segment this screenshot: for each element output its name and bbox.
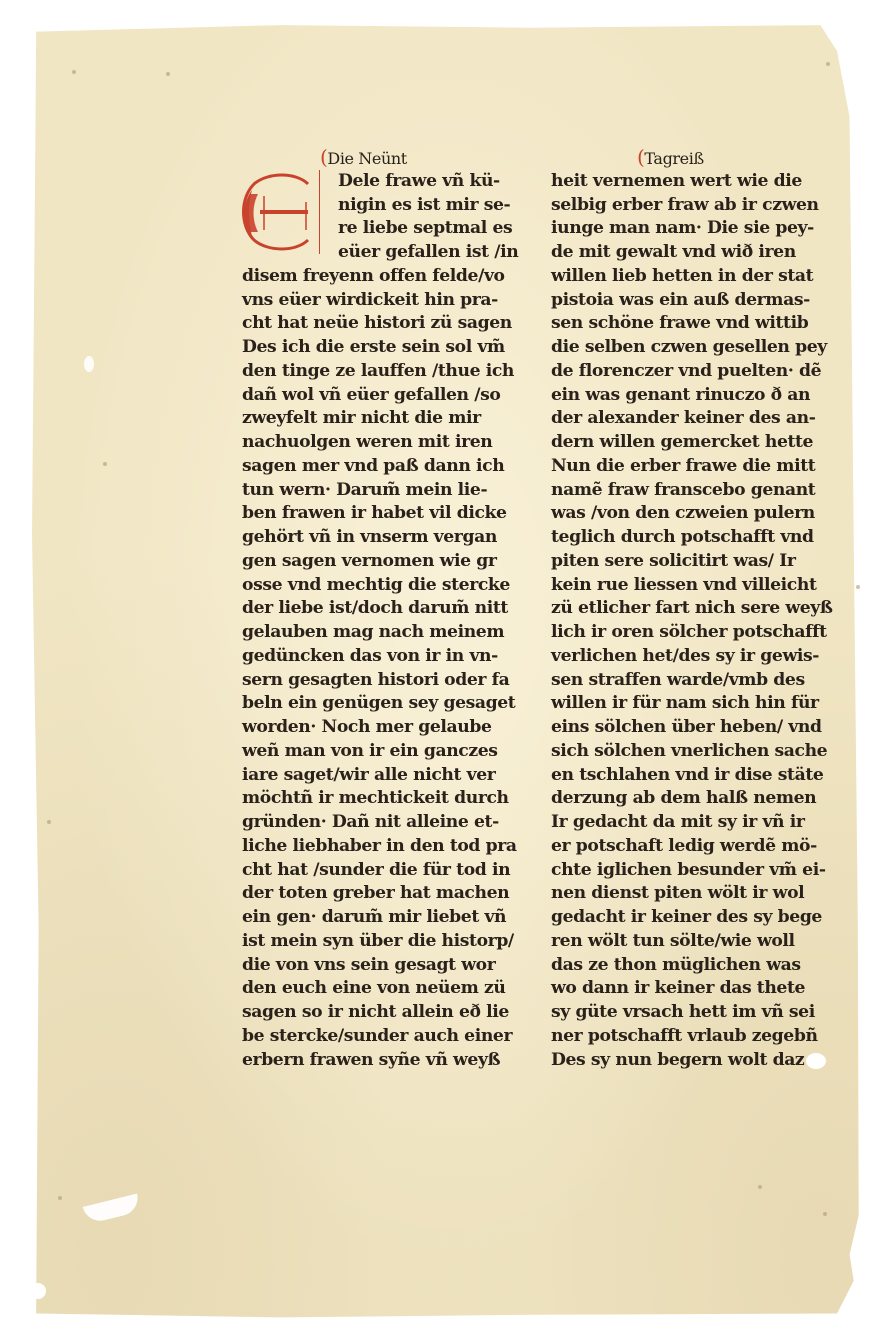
paper-speck — [47, 820, 51, 824]
text-line: eins sölchen über heben/ vnd — [551, 716, 831, 740]
text-line: ner potschafft vrlaub zegebñ — [551, 1025, 831, 1049]
text-line: eüer gefallen ist /in — [242, 241, 532, 265]
paper-hole — [30, 1283, 46, 1299]
text-line: wo dann ir keiner das thete — [551, 977, 831, 1001]
text-line: der toten greber hat machen — [242, 882, 532, 906]
text-line: sy güte vrsach hett im vñ sei — [551, 1001, 831, 1025]
text-line: der alexander keiner des an- — [551, 407, 831, 431]
text-line: osse vnd mechtig die stercke — [242, 574, 532, 598]
paper-speck — [103, 462, 107, 466]
text-line: gedüncken das von ir in vn- — [242, 645, 532, 669]
text-line: derzung ab dem halß nemen — [551, 787, 831, 811]
text-line: tun wern· Darum̃ mein lie- — [242, 479, 532, 503]
paper-hole — [84, 356, 94, 372]
running-head-text: Die Neünt — [327, 149, 406, 168]
text-line: de florenczer vnd puelten· dẽ — [551, 360, 831, 384]
text-line: selbig erber fraw ab ir czwen — [551, 194, 831, 218]
text-line: nigin es ist mir se- — [242, 194, 532, 218]
text-line: be stercke/sunder auch einer — [242, 1025, 532, 1049]
text-line: Des sy nun begern wolt daz — [551, 1049, 831, 1073]
text-line: ist mein syn über die historp/ — [242, 930, 532, 954]
text-line: cht hat neüe histori zü sagen — [242, 312, 532, 336]
text-line: pistoia was ein auß dermas- — [551, 289, 831, 313]
text-line: chte iglichen besunder vm̃ ei- — [551, 859, 831, 883]
running-head-right: (Tagreiß — [551, 146, 831, 170]
text-line: dern willen gemercket hette — [551, 431, 831, 455]
text-line: beln ein genügen sey gesaget — [242, 692, 532, 716]
text-line: gelauben mag nach meinem — [242, 621, 532, 645]
text-line: gen sagen vernomen wie gr — [242, 550, 532, 574]
paper-speck — [823, 1212, 827, 1216]
text-line: nen dienst piten wölt ir wol — [551, 882, 831, 906]
text-line: re liebe septmal es — [242, 217, 532, 241]
text-line: sen straffen warde/vmb des — [551, 669, 831, 693]
text-line: sern gesagten histori oder fa — [242, 669, 532, 693]
text-line: das ze thon müglichen was — [551, 954, 831, 978]
paper-speck — [758, 1185, 762, 1189]
text-line: teglich durch potschafft vnd — [551, 526, 831, 550]
text-line: en tschlahen vnd ir dise stäte — [551, 764, 831, 788]
text-line: willen ir für nam sich hin für — [551, 692, 831, 716]
text-line: iunge man nam· Die sie pey- — [551, 217, 831, 241]
text-line: die selben czwen gesellen pey — [551, 336, 831, 360]
text-line: Des ich die erste sein sol vm̃ — [242, 336, 532, 360]
text-line: er potschaft ledig werdẽ mö- — [551, 835, 831, 859]
text-line: heit vernemen wert wie die — [551, 170, 831, 194]
text-line: den euch eine von neüem zü — [242, 977, 532, 1001]
running-head-text: Tagreiß — [644, 149, 703, 168]
text-line: lich ir oren sölcher potschafft — [551, 621, 831, 645]
text-line: sen schöne frawe vnd wittib — [551, 312, 831, 336]
text-line: namẽ fraw franscebo genant — [551, 479, 831, 503]
text-line: ben frawen ir habet vil dicke — [242, 502, 532, 526]
paper-speck — [72, 70, 76, 74]
text-line: zweyfelt mir nicht die mir — [242, 407, 532, 431]
text-line: liche liebhaber in den tod pra — [242, 835, 532, 859]
text-line: möchtñ ir mechtickeit durch — [242, 787, 532, 811]
text-line: worden· Noch mer gelaube — [242, 716, 532, 740]
text-line: verlichen het/des sy ir gewis- — [551, 645, 831, 669]
text-line: die von vns sein gesagt wor — [242, 954, 532, 978]
text-line: der liebe ist/doch darum̃ nitt — [242, 597, 532, 621]
text-line: disem freyenn offen felde/vo — [242, 265, 532, 289]
paper-speck — [58, 1196, 62, 1200]
text-line: piten sere solicitirt was/ Ir — [551, 550, 831, 574]
text-line: nachuolgen weren mit iren — [242, 431, 532, 455]
text-line: Nun die erber frawe die mitt — [551, 455, 831, 479]
text-line: Ir gedacht da mit sy ir vñ ir — [551, 811, 831, 835]
right-text-column: (Tagreiß heit vernemen wert wie die selb… — [551, 146, 831, 1072]
text-line: dañ wol vñ eüer gefallen /so — [242, 384, 532, 408]
text-line: gedacht ir keiner des sy bege — [551, 906, 831, 930]
text-line: kein rue liessen vnd villeicht — [551, 574, 831, 598]
paper-speck — [826, 62, 830, 66]
text-line: ein was genant rinuczo ð an — [551, 384, 831, 408]
paper-speck — [166, 72, 170, 76]
text-line: gehört vñ in vnserm vergan — [242, 526, 532, 550]
text-line: den tinge ze lauffen /thue ich — [242, 360, 532, 384]
text-line: Dele frawe vñ kü- — [242, 170, 532, 194]
text-line: iare saget/wir alle nicht ver — [242, 764, 532, 788]
text-line: ein gen· darum̃ mir liebet vñ — [242, 906, 532, 930]
paper-speck — [856, 585, 860, 589]
text-line: sagen so ir nicht allein eð lie — [242, 1001, 532, 1025]
text-line: zü etlicher fart nich sere weyß — [551, 597, 831, 621]
text-line: gründen· Dañ nit alleine et- — [242, 811, 532, 835]
text-line: weñ man von ir ein ganczes — [242, 740, 532, 764]
text-line: erbern frawen syñe vñ weyß — [242, 1049, 532, 1073]
text-line: sagen mer vnd paß dann ich — [242, 455, 532, 479]
text-line: ren wölt tun sölte/wie woll — [551, 930, 831, 954]
running-head-left: (Die Neünt — [242, 146, 532, 170]
text-line: vns eüer wirdickeit hin pra- — [242, 289, 532, 313]
text-line: sich sölchen vnerlichen sache — [551, 740, 831, 764]
left-text-column: (Die Neünt Dele frawe vñ kü- nigin es is… — [242, 146, 532, 1072]
text-line: cht hat /sunder die für tod in — [242, 859, 532, 883]
text-line: willen lieb hetten in der stat — [551, 265, 831, 289]
text-line: de mit gewalt vnd wið iren — [551, 241, 831, 265]
text-line: was /von den czweien pulern — [551, 502, 831, 526]
